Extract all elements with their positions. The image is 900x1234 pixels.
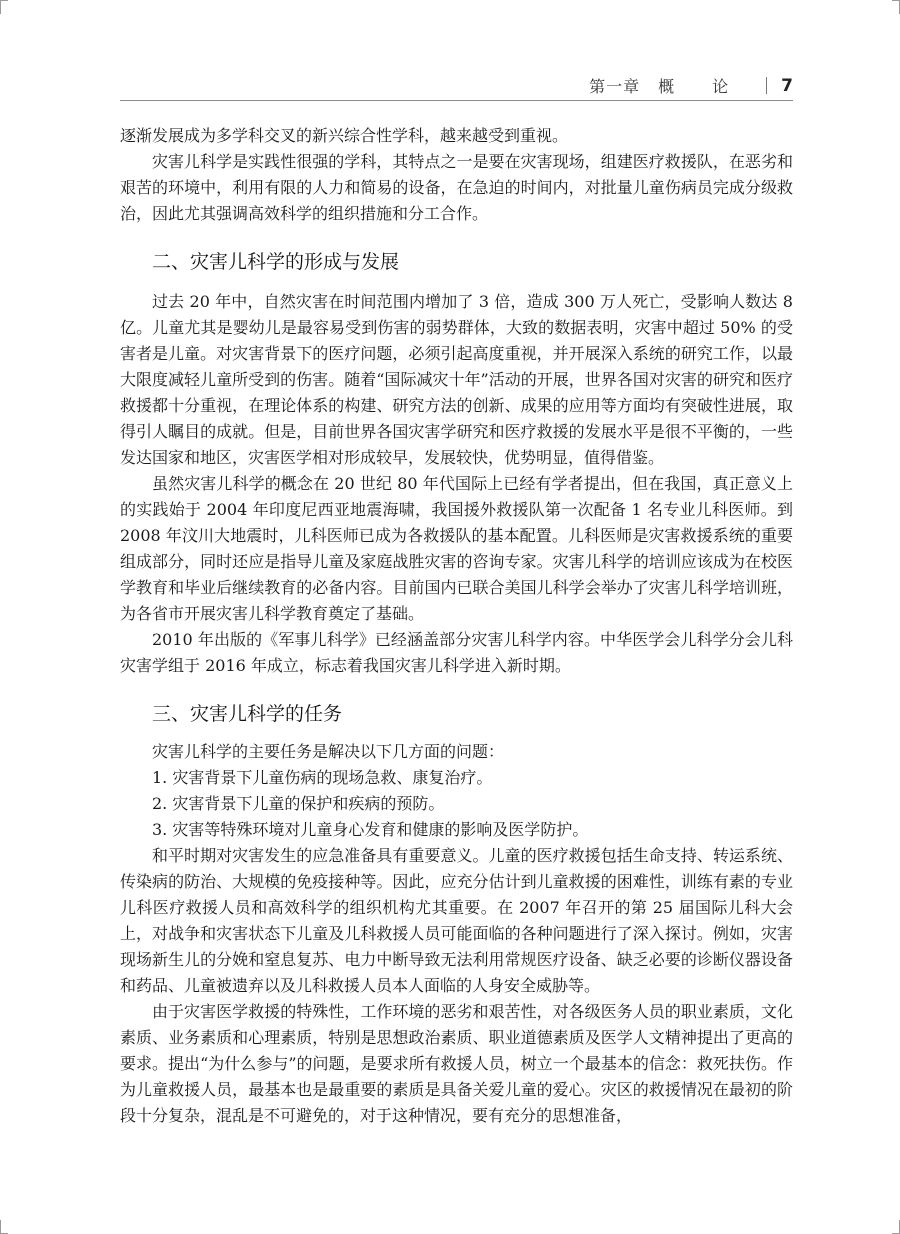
crop-mark-bottom-left bbox=[0, 1220, 8, 1234]
paragraph: 由于灾害医学救援的特殊性，工作环境的恶劣和艰苦性，对各级医务人员的职业素质，文化… bbox=[120, 999, 793, 1129]
header-divider bbox=[766, 77, 767, 94]
paragraph: 逐渐发展成为多学科交叉的新兴综合性学科，越来越受到重视。 bbox=[120, 123, 793, 149]
paragraph: 过去 20 年中，自然灾害在时间范围内增加了 3 倍，造成 300 万人死亡，受… bbox=[120, 289, 793, 471]
paragraph: 和平时期对灾害发生的应急准备具有重要意义。儿童的医疗救援包括生命支持、转运系统、… bbox=[120, 843, 793, 999]
running-head: 第一章 概论 7 bbox=[120, 66, 793, 101]
paragraph: 2010 年出版的《军事儿科学》已经涵盖部分灾害儿科学内容。中华医学会儿科学分会… bbox=[120, 627, 793, 679]
list-item: 3. 灾害等特殊环境对儿童身心发育和健康的影响及医学防护。 bbox=[120, 817, 793, 843]
page-number: 7 bbox=[781, 76, 793, 96]
crop-mark-bottom-right bbox=[892, 1220, 900, 1234]
crop-mark-top-right bbox=[892, 0, 900, 14]
page-body: 逐渐发展成为多学科交叉的新兴综合性学科，越来越受到重视。 灾害儿科学是实践性很强… bbox=[120, 123, 793, 1129]
chapter-title: 概论 bbox=[658, 74, 766, 97]
lead-paragraph: 灾害儿科学的主要任务是解决以下几方面的问题： bbox=[120, 739, 793, 765]
paragraph: 灾害儿科学是实践性很强的学科，其特点之一是要在灾害现场，组建医疗救援队，在恶劣和… bbox=[120, 149, 793, 227]
chapter-label: 第一章 bbox=[589, 74, 640, 97]
paragraph: 虽然灾害儿科学的概念在 20 世纪 80 年代国际上已经有学者提出，但在我国，真… bbox=[120, 471, 793, 627]
list-item: 1. 灾害背景下儿童伤病的现场急救、康复治疗。 bbox=[120, 765, 793, 791]
crop-mark-top-left bbox=[0, 0, 8, 14]
section-heading: 二、灾害儿科学的形成与发展 bbox=[120, 249, 793, 275]
section-heading: 三、灾害儿科学的任务 bbox=[120, 701, 793, 727]
list-item: 2. 灾害背景下儿童的保护和疾病的预防。 bbox=[120, 791, 793, 817]
